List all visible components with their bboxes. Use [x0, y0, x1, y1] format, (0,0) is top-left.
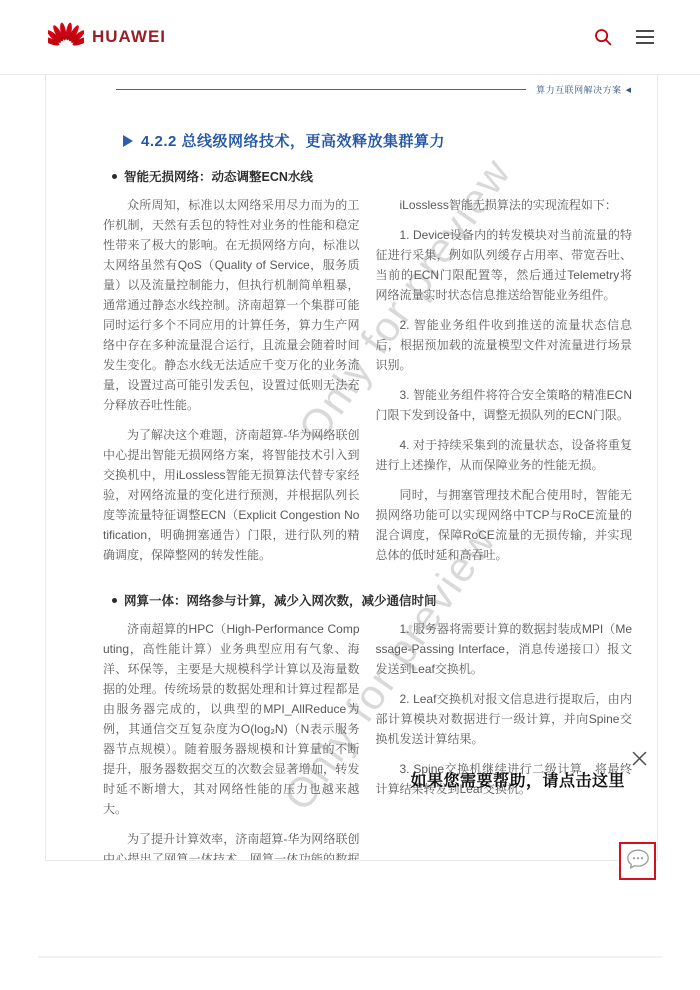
back-arrow-icon: ◀ [626, 86, 631, 94]
paragraph: 1. Device设备内的转发模块对当前流量的特征进行采集，例如队列缓存占用率、… [376, 225, 633, 305]
menu-icon[interactable] [636, 30, 654, 44]
bullet-dot-icon [112, 174, 117, 179]
right-column: iLossless智能无损算法的实现流程如下：1. Device设备内的转发模块… [376, 195, 633, 575]
search-icon[interactable] [594, 28, 612, 46]
bullet-heading: 网算一体：网络参与计算，减少入网次数，减少通信时间 [112, 591, 657, 609]
doc-header: 算力互联网解决方案 ◀ [116, 83, 631, 96]
paragraph: iLossless智能无损算法的实现流程如下： [376, 195, 633, 215]
document-page: 算力互联网解决方案 ◀ 4.2.2 总线级网络技术，更高效释放集群算力 智能无损… [45, 75, 658, 861]
paragraph: 众所周知，标准以太网络采用尽力而为的工作机制，天然有丢包的特性对业务的性能和稳定… [103, 195, 360, 415]
left-column: 众所周知，标准以太网络采用尽力而为的工作机制，天然有丢包的特性对业务的性能和稳定… [103, 195, 360, 575]
bullet-heading: 智能无损网络：动态调整ECN水线 [112, 167, 657, 185]
top-navbar: HUAWEI [0, 0, 700, 75]
two-column-text: 众所周知，标准以太网络采用尽力而为的工作机制，天然有丢包的特性对业务的性能和稳定… [103, 195, 632, 575]
chat-button[interactable] [619, 842, 656, 880]
paragraph: 2. 智能业务组件收到推送的流量状态信息后，根据预加载的流量模型文件对流量进行场… [376, 315, 633, 375]
chat-bubble-icon [626, 848, 650, 875]
bullet-heading-text: 网算一体：网络参与计算，减少入网次数，减少通信时间 [124, 591, 437, 609]
bullet-heading-text: 智能无损网络：动态调整ECN水线 [124, 167, 313, 185]
paragraph: 3. 智能业务组件将符合安全策略的精准ECN门限下发到设备中，调整无损队列的EC… [376, 385, 633, 425]
help-message[interactable]: 如果您需要帮助，请点击这里 [410, 768, 625, 791]
bullet-dot-icon [112, 598, 117, 603]
doc-header-label: 算力互联网解决方案 [536, 83, 622, 96]
close-icon[interactable] [631, 750, 648, 767]
two-column-text: 济南超算的HPC（High-Performance Computing，高性能计… [103, 619, 632, 861]
huawei-logo[interactable]: HUAWEI [48, 21, 166, 53]
footer-divider [38, 956, 663, 958]
paragraph: 同时，与拥塞管理技术配合使用时，智能无损网络功能可以实现网络中TCP与RoCE流… [376, 485, 633, 565]
section-title: 4.2.2 总线级网络技术，更高效释放集群算力 [123, 130, 657, 151]
header-rule [116, 89, 526, 90]
left-column: 济南超算的HPC（High-Performance Computing，高性能计… [103, 619, 360, 861]
paragraph: 为了提升计算效率，济南超算-华为网络联创中心提出了网算一体技术。网算一体功能的数… [103, 829, 360, 861]
brand-wordmark: HUAWEI [92, 27, 166, 47]
huawei-flower-icon [48, 21, 84, 53]
paragraph: 1. 服务器将需要计算的数据封装成MPI（Message-Passing Int… [376, 619, 633, 679]
section-title-text: 4.2.2 总线级网络技术，更高效释放集群算力 [141, 130, 445, 151]
paragraph: 4. 对于持续采集到的流量状态，设备将重复进行上述操作，从而保障业务的性能无损。 [376, 435, 633, 475]
paragraph: 济南超算的HPC（High-Performance Computing，高性能计… [103, 619, 360, 819]
paragraph: 2. Leaf交换机对报文信息进行提取后，由内部计算模块对数据进行一级计算，并向… [376, 689, 633, 749]
paragraph: 为了解决这个难题，济南超算-华为网络联创中心提出智能无损网络方案，将智能技术引入… [103, 425, 360, 565]
right-column: 1. 服务器将需要计算的数据封装成MPI（Message-Passing Int… [376, 619, 633, 861]
section-marker-icon [123, 135, 133, 147]
